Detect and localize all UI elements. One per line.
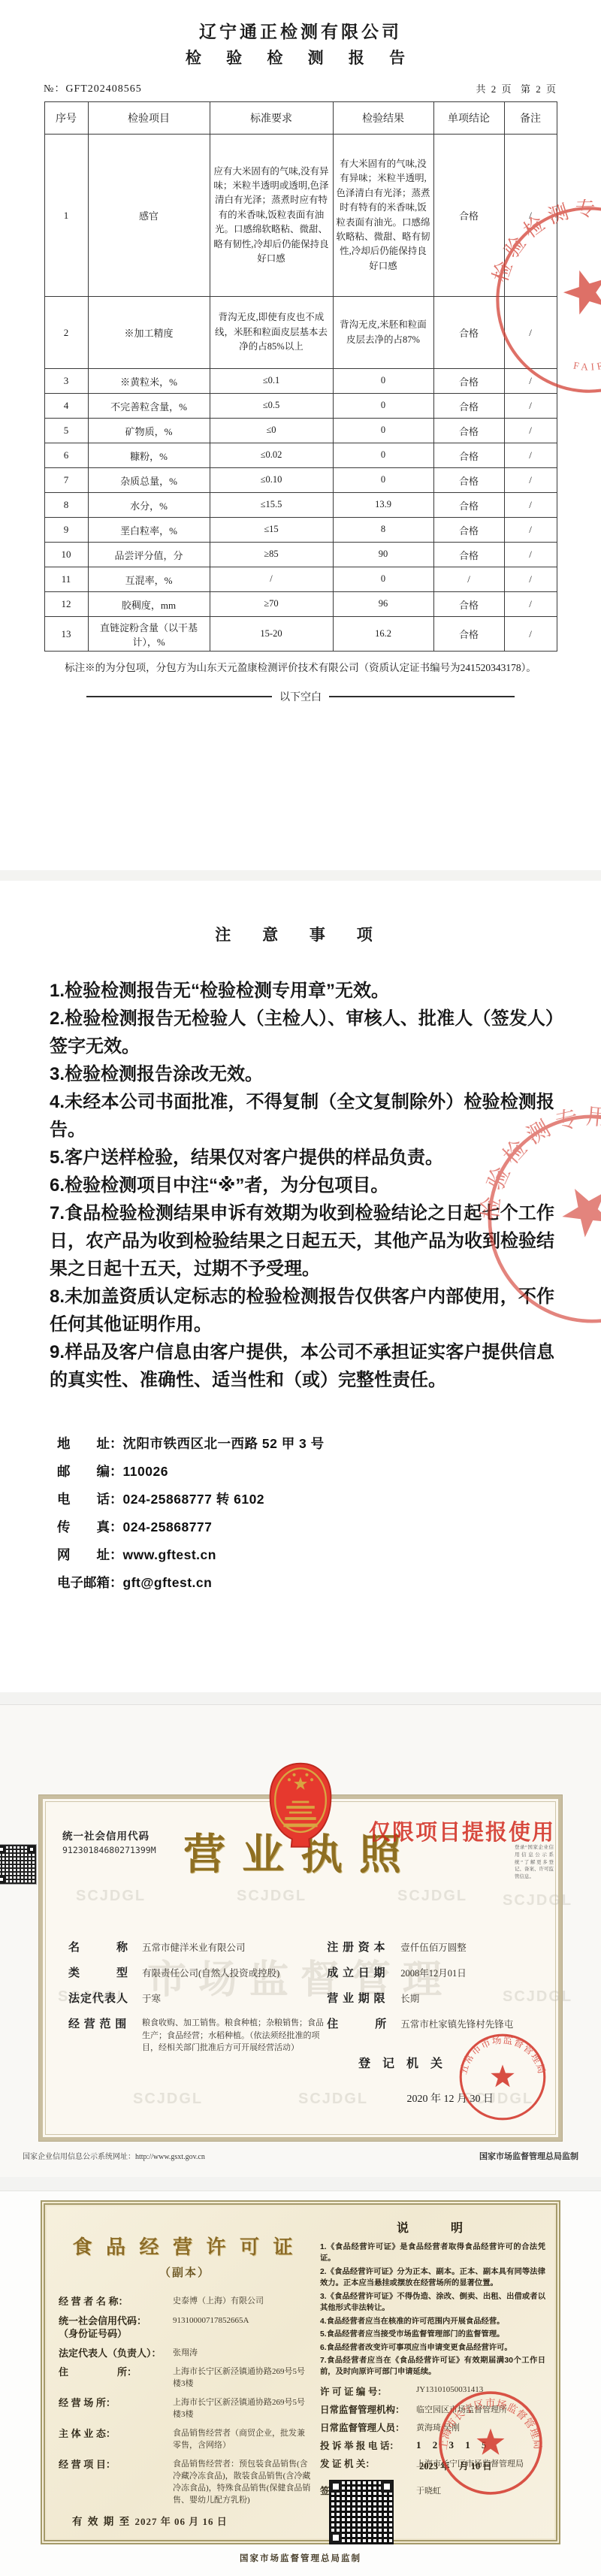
note-item: 5.食品经营者应当接受市场监督管理部门的监督管理。 — [320, 2329, 545, 2340]
field-label: 名 称 — [68, 1939, 142, 1955]
food-license-section: 食 品 经 营 许 可 证 （副本） 经 营 者 名 称： 史泰博（上海）有限公… — [0, 2191, 601, 2576]
food-field: 经 营 场 所： 上海市长宁区新泾镇通协路269号5号楼3楼 — [59, 2396, 311, 2421]
food-field: 统一社会信用代码： （身份证号码） 91310000717852665A — [59, 2314, 311, 2341]
cell-item: ※黄粒米，% — [88, 369, 210, 394]
cell-result: 8 — [333, 518, 433, 543]
cell-remark: / — [504, 493, 557, 518]
cell-item: 互混率，% — [88, 567, 210, 592]
license-field: 营 业 期 限 长期 — [327, 1990, 539, 2006]
cell-result: 0 — [333, 369, 433, 394]
field-label: 成 立 日 期 — [327, 1964, 400, 1980]
notice-item: 1.检验检测报告无“检验检测专用章”无效。 — [50, 977, 554, 1005]
cell-item: 垩白粒率，% — [88, 518, 210, 543]
field-value: 食品销售经营者（商贸企业，批发兼零售，含网络） — [173, 2427, 311, 2452]
field-value: 91310000717852665A — [173, 2314, 311, 2341]
cell-remark: / — [504, 394, 557, 419]
svg-text:FAIR TEST: FAIR TEST — [569, 338, 601, 381]
cell-index: 7 — [44, 468, 88, 493]
note-item: 1.《食品经营许可证》是食品经营者取得食品经营许可的合法凭证。 — [320, 2242, 545, 2265]
cell-conclusion: 合格 — [433, 543, 504, 567]
cell-index: 4 — [44, 394, 88, 419]
field-value: 2008年12月01日 — [400, 1964, 539, 1980]
watermark-text: SCJDGL — [76, 1888, 146, 1905]
field-label: 日常监督管理机构： — [320, 2402, 416, 2416]
uscc-code: 91230184680271399M — [62, 1845, 156, 1855]
cell-conclusion: 合格 — [433, 493, 504, 518]
cell-index: 8 — [44, 493, 88, 518]
watermark-text: SCJDGL — [503, 1892, 572, 1909]
cell-index: 2 — [44, 297, 88, 369]
field-value: 上海市长宁区新泾镇通协路269号5号楼3楼 — [173, 2366, 311, 2390]
report-page: 辽宁通正检测有限公司 检 验 检 测 报 告 №：GFT202408565 共 … — [0, 0, 601, 870]
field-label: 类 型 — [68, 1964, 142, 1980]
field-label: 发 证 机 关： — [320, 2457, 416, 2470]
cell-standard: 背沟无皮,即使有皮也不成线，米胚和粒面皮层基本去净的占85%以上 — [210, 297, 333, 369]
divider-line — [86, 696, 272, 697]
food-field: 法定代表人（负责人）： 张翔涛 — [59, 2347, 311, 2360]
cell-result: 13.9 — [333, 493, 433, 518]
cell-remark: / — [504, 518, 557, 543]
cell-conclusion: 合格 — [433, 297, 504, 369]
cell-standard: ≤15 — [210, 518, 333, 543]
cell-result: 0 — [333, 443, 433, 468]
table-header-cell: 标准要求 — [210, 102, 333, 135]
cell-item: 糠粉，% — [88, 443, 210, 468]
field-value: 壹仟伍佰万圆整 — [400, 1939, 539, 1955]
field-value: 五常市健洋米业有限公司 — [142, 1939, 327, 1955]
national-emblem-icon — [265, 1760, 336, 1855]
cell-standard: ≤0.10 — [210, 468, 333, 493]
contact-value: www.gftest.cn — [123, 1547, 216, 1562]
contact-value: 024-25868777 转 6102 — [123, 1492, 265, 1507]
contact-row: 网 址：www.gftest.cn — [57, 1541, 601, 1569]
cell-index: 5 — [44, 419, 88, 443]
table-row: 13 直链淀粉含量（以干基计），% 15-20 16.2 合格 / — [44, 617, 557, 652]
cell-result: 0 — [333, 567, 433, 592]
cell-conclusion: / — [433, 567, 504, 592]
blank-divider: 以下空白 — [86, 689, 515, 704]
field-label: 法定代表人（负责人）： — [59, 2347, 173, 2360]
uscc-label: 统一社会信用代码 — [62, 1828, 156, 1843]
table-row: 8 水分，% ≤15.5 13.9 合格 / — [44, 493, 557, 518]
cell-conclusion: 合格 — [433, 135, 504, 297]
cell-remark: / — [504, 419, 557, 443]
food-license-title: 食 品 经 营 许 可 证 — [59, 2232, 311, 2260]
business-license-certificate: SCJDGL SCJDGL SCJDGL SCJDGL SCJDGL SCJDG… — [39, 1795, 562, 2141]
uscc-block: 统一社会信用代码 91230184680271399M — [62, 1828, 156, 1855]
cell-conclusion: 合格 — [433, 617, 504, 652]
notices-page: 注 意 事 项 1.检验检测报告无“检验检测专用章”无效。2.检验检测报告无检验… — [0, 881, 601, 1692]
field-label: 住 所 — [327, 2015, 400, 2031]
table-row: 4 不完善粒含量，% ≤0.5 0 合格 / — [44, 394, 557, 419]
field-label: 注 册 资 本 — [327, 1939, 400, 1955]
cell-item: 杂质总量，% — [88, 468, 210, 493]
notice-item: 8.未加盖资质认定标志的检验检测报告仅供客户内部使用，不作任何其他证明作用。 — [50, 1283, 554, 1338]
cell-index: 6 — [44, 443, 88, 468]
field-value: 史泰博（上海）有限公司 — [173, 2295, 311, 2308]
field-value: 有限责任公司(自然人投资或控股) — [142, 1964, 327, 1980]
cell-standard: ≤15.5 — [210, 493, 333, 518]
table-header-cell: 检验结果 — [333, 102, 433, 135]
field-value: 长期 — [400, 1990, 539, 2006]
table-row: 5 矿物质，% ≤0 0 合格 / — [44, 419, 557, 443]
license-field: 经 营 范 围 粮食收购、加工销售。粮食种植；杂粮销售；食品生产；食品经营；水稻… — [68, 2015, 327, 2054]
contact-label: 电子邮箱： — [57, 1575, 123, 1590]
cell-item: 胶稠度，mm — [88, 592, 210, 617]
contact-value: 110026 — [123, 1464, 168, 1479]
note-item: 4.食品经营者应当在核准的许可范围内开展食品经营。 — [320, 2316, 545, 2327]
cell-remark: / — [504, 443, 557, 468]
table-header-cell: 备注 — [504, 102, 557, 135]
food-left-column: 食 品 经 营 许 可 证 （副本） 经 营 者 名 称： 史泰博（上海）有限公… — [59, 2215, 311, 2513]
food-license-subtitle: （副本） — [59, 2264, 311, 2280]
table-row: 6 糠粉，% ≤0.02 0 合格 / — [44, 443, 557, 468]
cell-standard: / — [210, 567, 333, 592]
food-field: 主 体 业 态： 食品销售经营者（商贸企业，批发兼零售，含网络） — [59, 2427, 311, 2452]
cell-item: 不完善粒含量，% — [88, 394, 210, 419]
field-value: 于寒 — [142, 1990, 327, 2006]
cell-remark: / — [504, 468, 557, 493]
cell-item: 直链淀粉含量（以干基计），% — [88, 617, 210, 652]
cell-index: 3 — [44, 369, 88, 394]
contact-block: 地 址：沈阳市铁西区北一西路 52 甲 3 号 邮 编：110026 电 话：0… — [57, 1430, 601, 1597]
cell-remark: / — [504, 369, 557, 394]
cell-item: 水分，% — [88, 493, 210, 518]
cell-conclusion: 合格 — [433, 518, 504, 543]
cell-result: 背沟无皮,米胚和粒面皮层去净的占87% — [333, 297, 433, 369]
cell-remark: / — [504, 135, 557, 297]
field-label: 经 营 项 目： — [59, 2458, 173, 2507]
cell-index: 10 — [44, 543, 88, 567]
cell-result: 90 — [333, 543, 433, 567]
cell-conclusion: 合格 — [433, 468, 504, 493]
cell-item: 品尝评分值，分 — [88, 543, 210, 567]
cell-item: 感官 — [88, 135, 210, 297]
license-field: 法定代表人 于寒 — [68, 1990, 327, 2006]
license-field: 类 型 有限责任公司(自然人投资或控股) — [68, 1964, 327, 1980]
fields-left-column: 名 称 五常市健洋米业有限公司 类 型 有限责任公司(自然人投资或控股) 法定代… — [68, 1939, 327, 2064]
field-label: 住 所： — [59, 2366, 173, 2390]
field-label: 经 营 范 围 — [68, 2015, 142, 2054]
notice-item: 4.未经本公司书面批准，不得复制（全文复制除外）检验检测报告。 — [50, 1088, 554, 1144]
notice-item: 6.检验检测项目中注“※”者，为分包项目。 — [50, 1172, 554, 1199]
company-name: 辽宁通正检测有限公司 — [0, 18, 601, 43]
field-label: 营 业 期 限 — [327, 1990, 400, 2006]
table-row: 1 感官 应有大米固有的气味,没有异味；米粒半透明或透明,色泽清白有光泽；蒸煮时… — [44, 135, 557, 297]
note-item: 6.食品经营者改变许可事项应当申请变更食品经营许可。 — [320, 2342, 545, 2354]
cell-standard: 应有大米固有的气味,没有异味；米粒半透明或透明,色泽清白有光泽；蒸煮时应有特有的… — [210, 135, 333, 297]
table-row: 10 品尝评分值，分 ≥85 90 合格 / — [44, 543, 557, 567]
report-number-label: №： — [44, 83, 65, 95]
watermark-text: SCJDGL — [133, 2091, 203, 2108]
cell-index: 12 — [44, 592, 88, 617]
note-item: 7.食品经营者应当在《食品经营许可证》有效期届满30个工作日前，及时向原许可部门… — [320, 2355, 545, 2378]
cell-remark: / — [504, 617, 557, 652]
field-value: 食品销售经营者：预包装食品销售(含冷藏冷冻食品)，散装食品销售(含冷藏冷冻食品)… — [173, 2458, 311, 2507]
field-label: 经 营 者 名 称： — [59, 2295, 173, 2308]
field-label: 主 体 业 态： — [59, 2427, 173, 2452]
notice-item: 5.客户送样检验，结果仅对客户提供的样品负责。 — [50, 1144, 554, 1172]
license-field: 成 立 日 期 2008年12月01日 — [327, 1964, 539, 1980]
page-gap — [0, 1692, 601, 1704]
contact-label: 电 话： — [57, 1492, 123, 1507]
gsxt-url-note: 国家企业信用信息公示系统网址：http://www.gsxt.gov.cn — [23, 2150, 205, 2161]
contact-value: 024-25868777 — [123, 1519, 213, 1534]
cell-remark: / — [504, 592, 557, 617]
cell-remark: / — [504, 543, 557, 567]
cell-result: 0 — [333, 468, 433, 493]
field-value: 粮食收购、加工销售。粮食种植；杂粮销售；食品生产；食品经营；水稻种植。（依法须经… — [142, 2015, 327, 2054]
contact-row: 地 址：沈阳市铁西区北一西路 52 甲 3 号 — [57, 1430, 601, 1458]
contact-value: 沈阳市铁西区北一西路 52 甲 3 号 — [123, 1436, 325, 1451]
cell-result: 有大米固有的气味,没有异味；米粒半透明,色泽清白有光泽；蒸煮时有特有的米香味,饭… — [333, 135, 433, 297]
contact-row: 电子邮箱：gft@gftest.cn — [57, 1569, 601, 1597]
table-header-row: 序号检验项目标准要求检验结果单项结论备注 — [44, 102, 557, 135]
notice-item: 2.检验检测报告无检验人（主检人）、审核人、批准人（签发人）签字无效。 — [50, 1005, 554, 1060]
restriction-overlay-text: 仅限项目提报使用 — [369, 1816, 555, 1846]
notice-item: 3.检验检测报告涂改无效。 — [50, 1060, 554, 1088]
note-item: 2.《食品经营许可证》分为正本、副本。正本、副本具有同等法律效力。正本应当悬挂或… — [320, 2266, 545, 2290]
qr-caption: 登录“国家企业信用信息公示系统”了解更多登记、备案、许可监管信息。 — [515, 1844, 554, 1881]
field-value: 张翔涛 — [173, 2347, 311, 2360]
subcontract-footnote: 标注※的为分包项，分包方为山东天元盈康检测评价技术有限公司（资质认定证书编号为2… — [55, 659, 547, 677]
results-table: 序号检验项目标准要求检验结果单项结论备注 1 感官 应有大米固有的气味,没有异味… — [44, 101, 557, 652]
contact-row: 电 话：024-25868777 转 6102 — [57, 1486, 601, 1513]
cell-conclusion: 合格 — [433, 419, 504, 443]
registrar-seal-icon: 五常市市场监督管理局 — [456, 2030, 549, 2124]
cell-standard: 15-20 — [210, 617, 333, 652]
cell-remark: / — [504, 297, 557, 369]
cell-index: 13 — [44, 617, 88, 652]
field-label: 经 营 场 所： — [59, 2396, 173, 2421]
cell-remark: / — [504, 567, 557, 592]
food-field: 经 营 者 名 称： 史泰博（上海）有限公司 — [59, 2295, 311, 2308]
notes-list: 1.《食品经营许可证》是食品经营者取得食品经营许可的合法凭证。2.《食品经营许可… — [320, 2242, 545, 2378]
field-label: 投 诉 举 报 电 话： — [320, 2438, 416, 2452]
table-header-cell: 单项结论 — [433, 102, 504, 135]
report-number-value: GFT202408565 — [65, 83, 141, 95]
table-header-cell: 检验项目 — [88, 102, 210, 135]
printed-by-note: 国家市场监督管理总局监制 — [479, 2150, 578, 2162]
cell-standard: ≤0.5 — [210, 394, 333, 419]
qr-code-icon — [0, 1844, 37, 1885]
notices-list: 1.检验检测报告无“检验检测专用章”无效。2.检验检测报告无检验人（主检人）、审… — [50, 977, 554, 1394]
notice-item: 9.样品及客户信息由客户提供，本公司不承担证实客户提供信息的真实性、准确性、适当… — [50, 1338, 554, 1394]
cell-conclusion: 合格 — [433, 394, 504, 419]
printed-by-note: 国家市场监督管理总局监制 — [0, 2552, 601, 2564]
field-value: 五常市杜家镇先锋村先锋屯 — [400, 2015, 539, 2031]
cell-index: 1 — [44, 135, 88, 297]
cell-conclusion: 合格 — [433, 443, 504, 468]
field-label: 许 可 证 编 号： — [320, 2384, 416, 2398]
license-field: 名 称 五常市健洋米业有限公司 — [68, 1939, 327, 1955]
table-row: 12 胶稠度，mm ≥70 96 合格 / — [44, 592, 557, 617]
page-info: 共 2 页 第 2 页 — [476, 81, 557, 95]
table-row: 7 杂质总量，% ≤0.10 0 合格 / — [44, 468, 557, 493]
contact-label: 网 址： — [57, 1547, 123, 1562]
cell-item: 矿物质，% — [88, 419, 210, 443]
table-row: 9 垩白粒率，% ≤15 8 合格 / — [44, 518, 557, 543]
cell-standard: ≤0.1 — [210, 369, 333, 394]
field-label: 日常监督管理人员： — [320, 2420, 416, 2434]
page-gap — [0, 870, 601, 881]
page-gap — [0, 2177, 601, 2191]
divider-line — [329, 696, 515, 697]
contact-label: 传 真： — [57, 1519, 123, 1534]
food-field: 住 所： 上海市长宁区新泾镇通协路269号5号楼3楼 — [59, 2366, 311, 2390]
qr-code-icon — [329, 2480, 394, 2544]
registrar-label: 登 记 机 关 — [358, 2054, 447, 2071]
notes-title: 说 明 — [320, 2218, 545, 2236]
watermark-text: SCJDGL — [298, 2091, 368, 2108]
valid-label: 有 效 期 至 — [72, 2516, 131, 2527]
food-field: 经 营 项 目： 食品销售经营者：预包装食品销售(含冷藏冷冻食品)，散装食品销售… — [59, 2458, 311, 2507]
cell-standard: ≥85 — [210, 543, 333, 567]
cell-index: 11 — [44, 567, 88, 592]
contact-value: gft@gftest.cn — [123, 1575, 213, 1590]
table-row: 11 互混率，% / 0 / / — [44, 567, 557, 592]
cell-standard: ≥70 — [210, 592, 333, 617]
license-footer: 国家企业信用信息公示系统网址：http://www.gsxt.gov.cn 国家… — [23, 2150, 578, 2162]
notices-title: 注 意 事 项 — [0, 923, 601, 945]
license-field: 住 所 五常市杜家镇先锋村先锋屯 — [327, 2015, 539, 2031]
field-label: 统一社会信用代码： （身份证号码） — [59, 2314, 173, 2341]
cell-result: 0 — [333, 394, 433, 419]
watermark-text: SCJDGL — [237, 1888, 307, 1905]
cell-result: 0 — [333, 419, 433, 443]
issuer-seal-icon: 上海市长宁区市场监督管理局 — [436, 2388, 545, 2498]
field-label: 法定代表人 — [68, 1990, 142, 2006]
watermark-text: SCJDGL — [397, 1888, 467, 1905]
contact-row: 传 真：024-25868777 — [57, 1513, 601, 1541]
notice-item: 7.食品检验检测结果申诉有效期为收到检验结论之日起七个工作日，农产品为收到检验结… — [50, 1199, 554, 1283]
cell-result: 16.2 — [333, 617, 433, 652]
field-value: 上海市长宁区新泾镇通协路269号5号楼3楼 — [173, 2396, 311, 2421]
cell-result: 96 — [333, 592, 433, 617]
contact-label: 邮 编： — [57, 1464, 123, 1479]
blank-note: 以下空白 — [279, 689, 322, 704]
report-number: №：GFT202408565 — [44, 80, 142, 95]
table-row: 2 ※加工精度 背沟无皮,即使有皮也不成线，米胚和粒面皮层基本去净的占85%以上… — [44, 297, 557, 369]
contact-row: 邮 编：110026 — [57, 1458, 601, 1486]
cell-item: ※加工精度 — [88, 297, 210, 369]
contact-label: 地 址： — [57, 1436, 123, 1451]
license-field: 注 册 资 本 壹仟伍佰万圆整 — [327, 1939, 539, 1955]
valid-until-row: 有 效 期 至 2027 年 06 月 16 日 — [72, 2513, 228, 2528]
table-row: 3 ※黄粒米，% ≤0.1 0 合格 / — [44, 369, 557, 394]
cell-standard: ≤0.02 — [210, 443, 333, 468]
note-item: 3.《食品经营许可证》不得伪造、涂改、倒卖、出租、出借或者以其他形式非法转让。 — [320, 2291, 545, 2314]
food-fields: 经 营 者 名 称： 史泰博（上海）有限公司 统一社会信用代码： （身份证号码）… — [59, 2295, 311, 2507]
valid-date: 2027 年 06 月 16 日 — [135, 2516, 228, 2527]
cell-conclusion: 合格 — [433, 369, 504, 394]
cell-index: 9 — [44, 518, 88, 543]
cell-conclusion: 合格 — [433, 592, 504, 617]
cell-standard: ≤0 — [210, 419, 333, 443]
report-title: 检 验 检 测 报 告 — [0, 46, 601, 68]
business-license-section: SCJDGL SCJDGL SCJDGL SCJDGL SCJDGL SCJDG… — [0, 1704, 601, 2177]
table-header-cell: 序号 — [44, 102, 88, 135]
report-number-row: №：GFT202408565 共 2 页 第 2 页 — [44, 80, 557, 95]
food-license-certificate: 食 品 经 营 许 可 证 （副本） 经 营 者 名 称： 史泰博（上海）有限公… — [41, 2200, 560, 2544]
